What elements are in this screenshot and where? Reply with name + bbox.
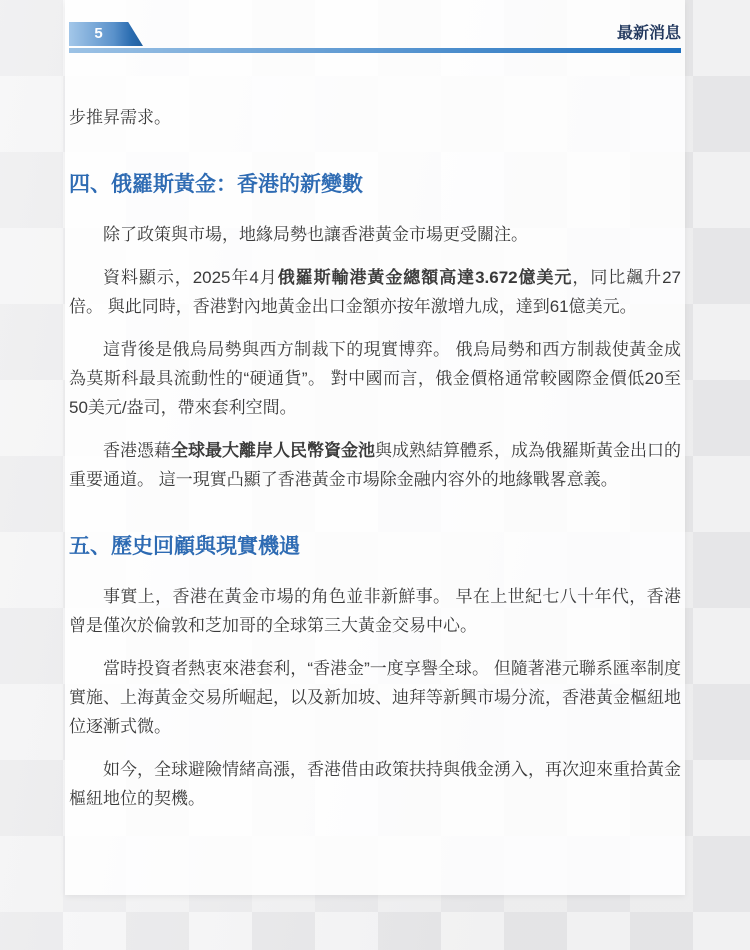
text-run: 事實上，香港在黃金市場的角色並非新鮮事。 早在上世紀七八十年代，香港曾是僅次於倫… — [69, 587, 681, 635]
page-number-badge: 5 — [69, 22, 143, 46]
document-page: 5 最新消息 步推昇需求。四、俄羅斯黃金：香港的新變數除了政策與市場，地緣局勢也… — [65, 0, 685, 895]
paragraph: 事實上，香港在黃金市場的角色並非新鮮事。 早在上世紀七八十年代，香港曾是僅次於倫… — [69, 582, 681, 640]
page-number: 5 — [69, 22, 128, 46]
paragraph: 步推昇需求。 — [69, 103, 681, 132]
paragraph: 當時投資者熱衷來港套利，“香港金”一度享譽全球。 但隨著港元聯系匯率制度實施、上… — [69, 654, 681, 741]
page-background: 5 最新消息 步推昇需求。四、俄羅斯黃金：香港的新變數除了政策與市場，地緣局勢也… — [0, 0, 750, 950]
text-run: 如今，全球避險情緒高漲，香港借由政策扶持與俄金湧入，再次迎來重拾黃金樞紐地位的契… — [69, 760, 681, 808]
text-run: 當時投資者熱衷來港套利，“香港金”一度享譽全球。 但隨著港元聯系匯率制度實施、上… — [69, 659, 681, 736]
text-run: 除了政策與市場，地緣局勢也讓香港黃金市場更受關注。 — [103, 225, 528, 244]
text-run: 這背後是俄烏局勢與西方制裁下的現實博弈。 俄烏局勢和西方制裁使黃金成為莫斯科最具… — [69, 340, 681, 417]
text-run: 香港憑藉 — [103, 441, 171, 460]
paragraph: 資料顯示，2025年4月俄羅斯輸港黃金總額高達3.672億美元，同比飆升27倍。… — [69, 263, 681, 321]
page-header: 5 最新消息 — [65, 0, 685, 75]
paragraph: 這背後是俄烏局勢與西方制裁下的現實博弈。 俄烏局勢和西方制裁使黃金成為莫斯科最具… — [69, 335, 681, 422]
header-rule-divider — [69, 48, 681, 53]
paragraph: 除了政策與市場，地緣局勢也讓香港黃金市場更受關注。 — [69, 220, 681, 249]
bold-text-run: 俄羅斯輸港黃金總額高達3.672億美元 — [278, 268, 573, 287]
header-section-label: 最新消息 — [617, 24, 681, 44]
section-heading: 四、俄羅斯黃金：香港的新變數 — [69, 170, 681, 200]
document-body: 步推昇需求。四、俄羅斯黃金：香港的新變數除了政策與市場，地緣局勢也讓香港黃金市場… — [65, 75, 685, 813]
section-heading: 五、歷史回顧與現實機遇 — [69, 532, 681, 562]
paragraph: 如今，全球避險情緒高漲，香港借由政策扶持與俄金湧入，再次迎來重拾黃金樞紐地位的契… — [69, 755, 681, 813]
text-run: 資料顯示，2025年4月 — [103, 268, 278, 287]
text-run: 步推昇需求。 — [69, 108, 171, 127]
paragraph: 香港憑藉全球最大離岸人民幣資金池與成熟結算體系，成為俄羅斯黃金出口的重要通道。 … — [69, 436, 681, 494]
bold-text-run: 全球最大離岸人民幣資金池 — [171, 441, 375, 460]
